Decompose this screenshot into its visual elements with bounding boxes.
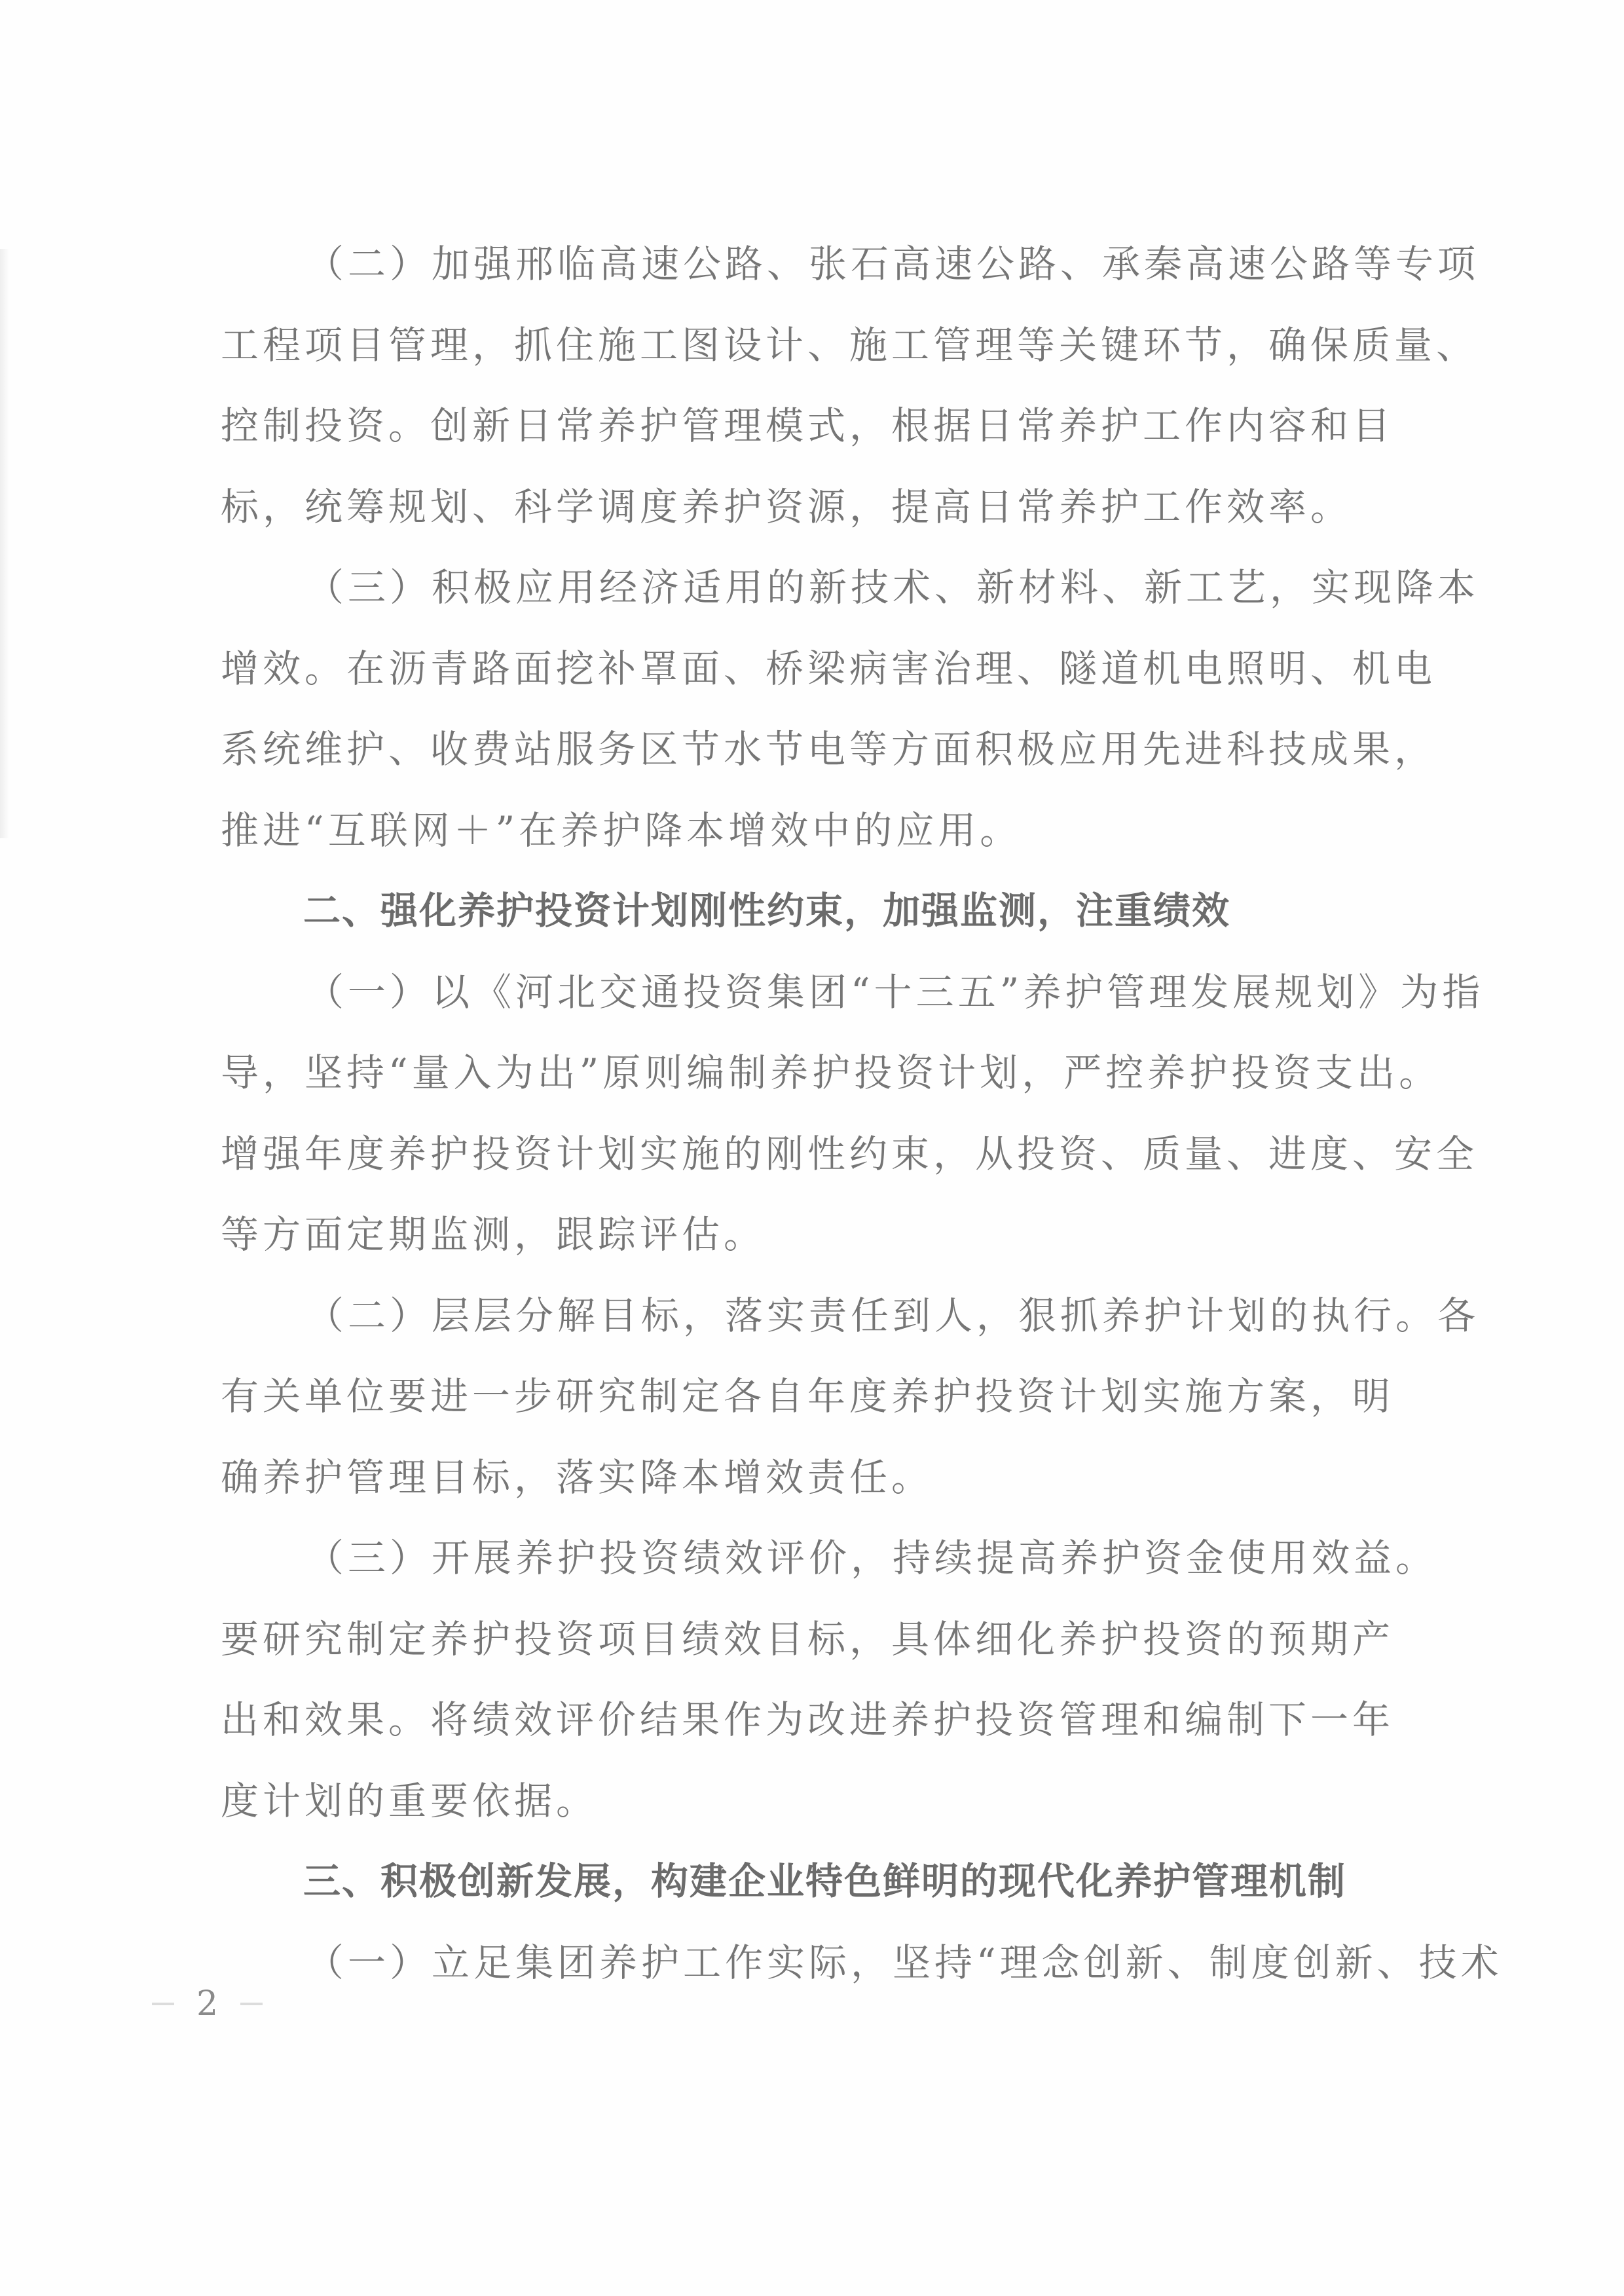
- text-line: 控制投资。创新日常养护管理模式，根据日常养护工作内容和目: [221, 386, 1415, 467]
- paragraph-3-2: （二）层层分解目标，落实责任到人，狠抓养护计划的执行。各 有关单位要进一步研究制…: [221, 1276, 1415, 1519]
- paragraph-2-2: （二）加强邢临高速公路、张石高速公路、承秦高速公路等专项 工程项目管理，抓住施工…: [221, 224, 1415, 547]
- text-line: 增效。在沥青路面挖补罩面、桥梁病害治理、隧道机电照明、机电: [221, 629, 1415, 710]
- text-line: 有关单位要进一步研究制定各自年度养护投资计划实施方案，明: [221, 1356, 1415, 1437]
- text-line: 工程项目管理，抓住施工图设计、施工管理等关键环节，确保质量、: [221, 305, 1415, 386]
- footer-dash-left: [152, 2003, 174, 2005]
- section-heading-2: 二、强化养护投资计划刚性约束，加强监测，注重绩效: [221, 871, 1415, 952]
- text-line: （二）加强邢临高速公路、张石高速公路、承秦高速公路等专项: [221, 224, 1415, 305]
- text-line: （二）层层分解目标，落实责任到人，狠抓养护计划的执行。各: [221, 1276, 1415, 1357]
- section-heading-3: 三、积极创新发展，构建企业特色鲜明的现代化养护管理机制: [221, 1842, 1415, 1923]
- footer-dash-right: [240, 2003, 263, 2005]
- text-line: 度计划的重要依据。: [221, 1761, 1415, 1842]
- text-line: 增强年度养护投资计划实施的刚性约束，从投资、质量、进度、安全: [221, 1114, 1415, 1195]
- text-line: 推进“互联网＋”在养护降本增效中的应用。: [221, 790, 1415, 872]
- paragraph-3-1: （一）以《河北交通投资集团“十三五”养护管理发展规划》为指 导，坚持“量入为出”…: [221, 952, 1415, 1276]
- text-line: （一）以《河北交通投资集团“十三五”养护管理发展规划》为指: [221, 952, 1415, 1033]
- text-line: 系统维护、收费站服务区节水节电等方面积极应用先进科技成果，: [221, 709, 1415, 790]
- text-line: 确养护管理目标，落实降本增效责任。: [221, 1437, 1415, 1519]
- paragraph-4-1: （一）立足集团养护工作实际，坚持“理念创新、制度创新、技术: [221, 1923, 1415, 2004]
- page-footer: 2: [152, 1984, 263, 2024]
- heading-text: 三、积极创新发展，构建企业特色鲜明的现代化养护管理机制: [221, 1842, 1415, 1923]
- heading-text: 二、强化养护投资计划刚性约束，加强监测，注重绩效: [221, 871, 1415, 952]
- document-page: （二）加强邢临高速公路、张石高速公路、承秦高速公路等专项 工程项目管理，抓住施工…: [0, 0, 1624, 2296]
- text-line: （三）积极应用经济适用的新技术、新材料、新工艺，实现降本: [221, 547, 1415, 629]
- text-line: 要研究制定养护投资项目绩效目标，具体细化养护投资的预期产: [221, 1599, 1415, 1680]
- text-line: 等方面定期监测，跟踪评估。: [221, 1194, 1415, 1276]
- text-line: （一）立足集团养护工作实际，坚持“理念创新、制度创新、技术: [221, 1923, 1415, 2004]
- page-number: 2: [196, 1984, 218, 2024]
- text-line: 标，统筹规划、科学调度养护资源，提高日常养护工作效率。: [221, 467, 1415, 548]
- document-body: （二）加强邢临高速公路、张石高速公路、承秦高速公路等专项 工程项目管理，抓住施工…: [221, 224, 1415, 2003]
- paragraph-3-3: （三）开展养护投资绩效评价，持续提高养护资金使用效益。 要研究制定养护投资项目绩…: [221, 1518, 1415, 1842]
- scan-edge-artifact: [0, 249, 9, 838]
- text-line: （三）开展养护投资绩效评价，持续提高养护资金使用效益。: [221, 1518, 1415, 1599]
- paragraph-2-3: （三）积极应用经济适用的新技术、新材料、新工艺，实现降本 增效。在沥青路面挖补罩…: [221, 547, 1415, 871]
- text-line: 导，坚持“量入为出”原则编制养护投资计划，严控养护投资支出。: [221, 1033, 1415, 1114]
- text-line: 出和效果。将绩效评价结果作为改进养护投资管理和编制下一年: [221, 1680, 1415, 1761]
